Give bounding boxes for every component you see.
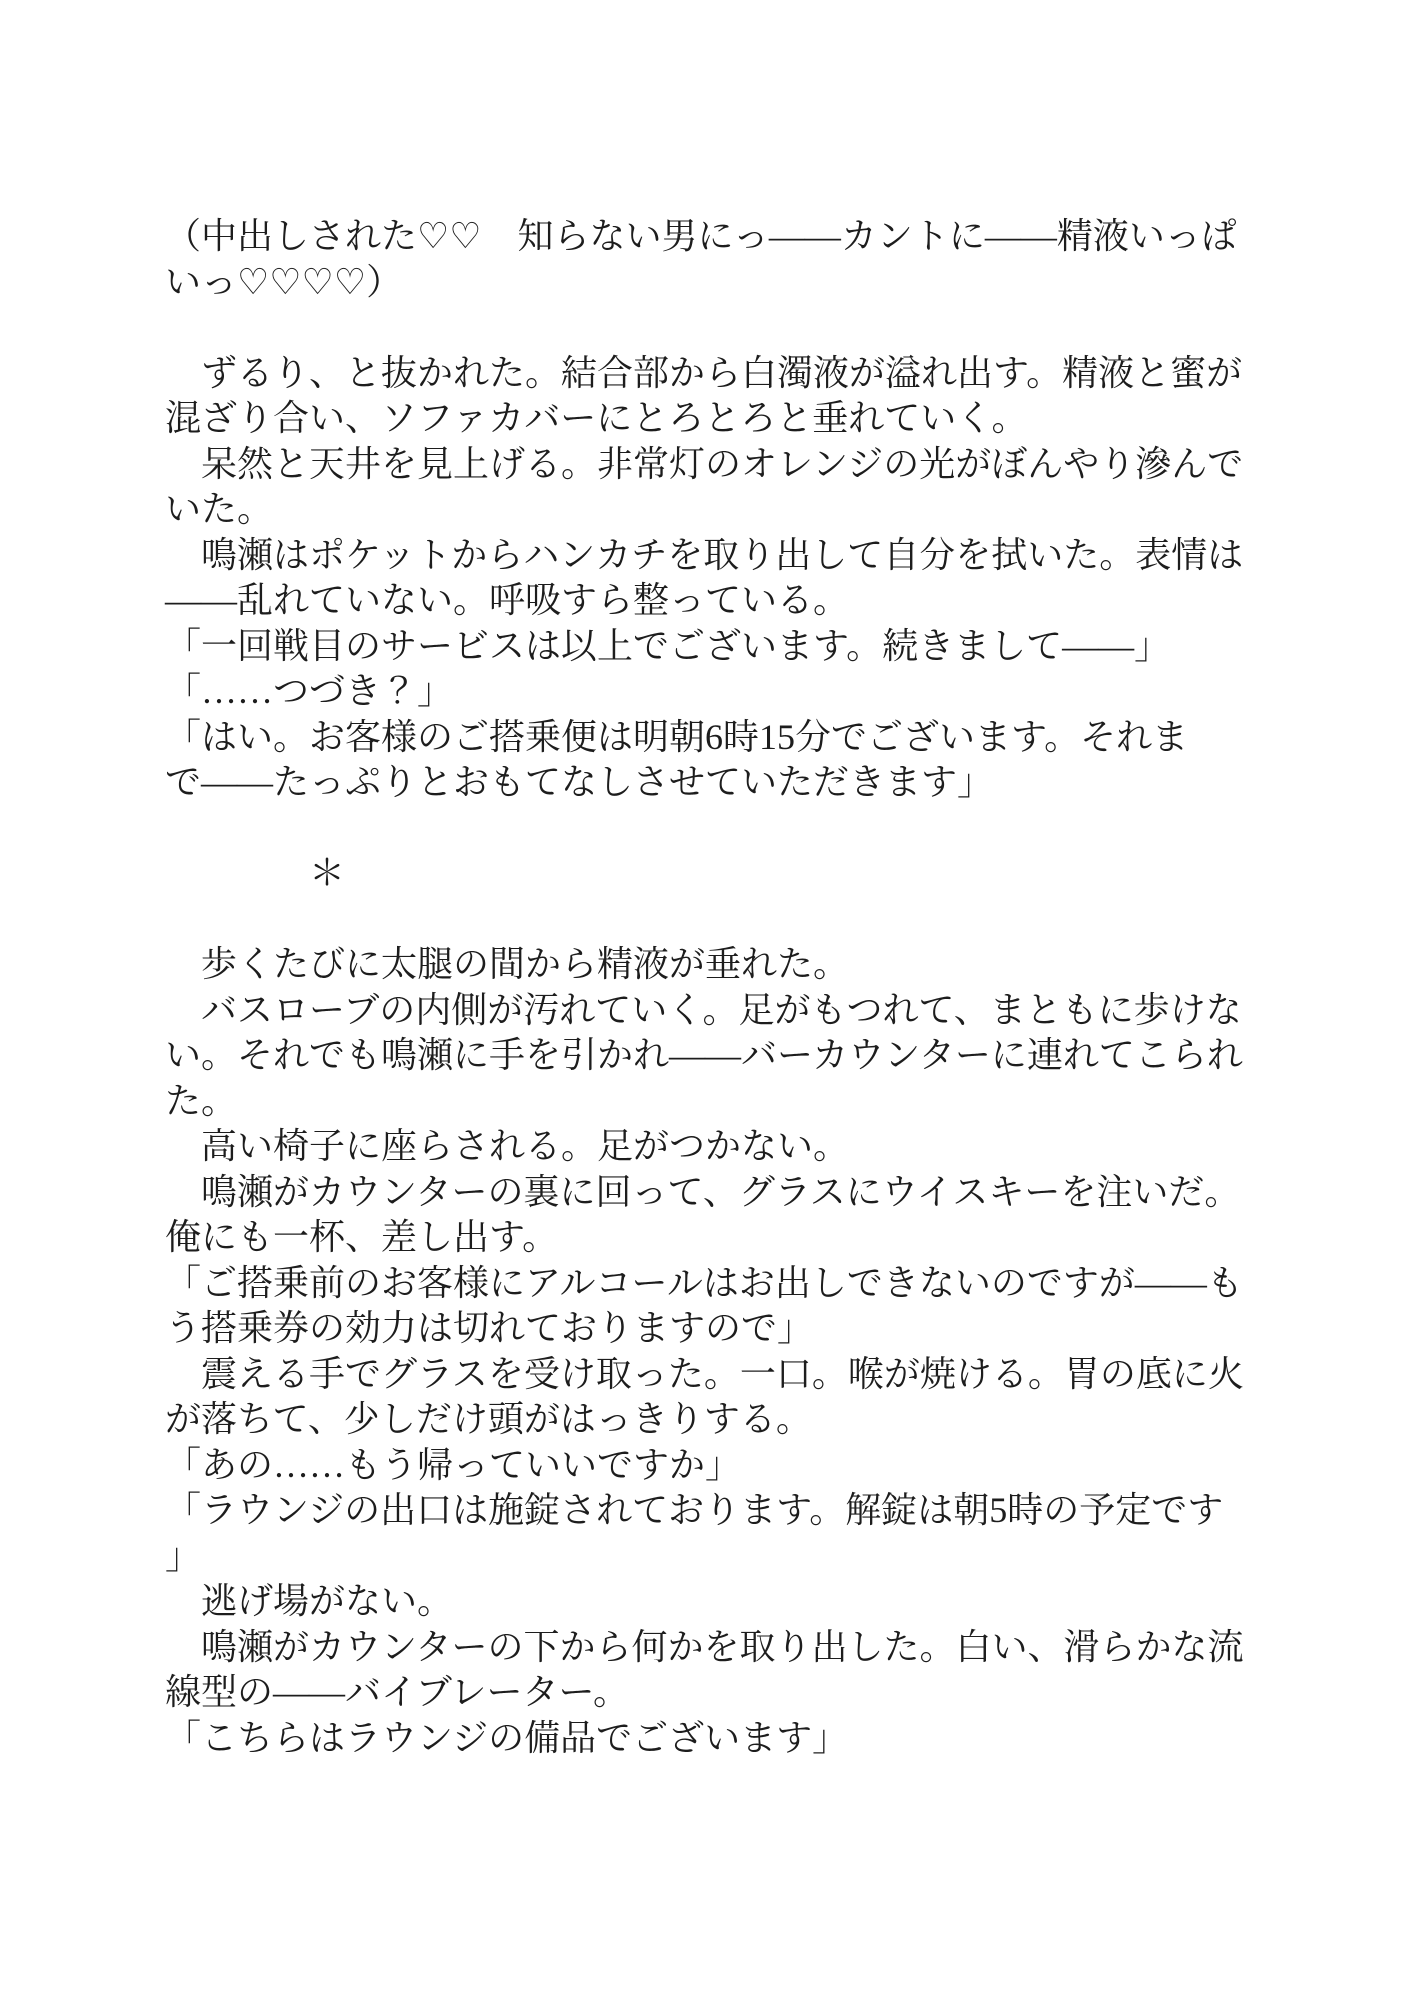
text-line: で——たっぷりとおもてなしさせていただきます」 xyxy=(165,760,1255,806)
text-line: 俺にも一杯、差し出す。 xyxy=(165,1215,1255,1261)
text-line: う搭乗券の効力は切れておりますので」 xyxy=(165,1306,1255,1352)
blank-line xyxy=(165,897,1255,943)
text-line: 鳴瀬がカウンターの下から何かを取り出した。白い、滑らかな流 xyxy=(165,1625,1255,1671)
text-line: 線型の——バイブレーター。 xyxy=(165,1670,1255,1716)
text-line: た。 xyxy=(165,1079,1255,1125)
text-line: 「……つづき？」 xyxy=(165,669,1255,715)
blank-line xyxy=(165,305,1255,351)
text-line: ずるり、と抜かれた。結合部から白濁液が溢れ出す。精液と蜜が xyxy=(165,351,1255,397)
text-line: 「ご搭乗前のお客様にアルコールはお出しできないのですが——も xyxy=(165,1261,1255,1307)
section-separator: ＊ xyxy=(165,851,1255,897)
text-line: 呆然と天井を見上げる。非常灯のオレンジの光がぼんやり滲んで xyxy=(165,442,1255,488)
text-line: い。それでも鳴瀬に手を引かれ——バーカウンターに連れてこられ xyxy=(165,1033,1255,1079)
text-line: 「一回戦目のサービスは以上でございます。続きまして——」 xyxy=(165,624,1255,670)
text-line: 鳴瀬がカウンターの裏に回って、グラスにウイスキーを注いだ。 xyxy=(165,1170,1255,1216)
blank-line xyxy=(165,806,1255,852)
text-line: が落ちて、少しだけ頭がはっきりする。 xyxy=(165,1397,1255,1443)
text-line: 逃げ場がない。 xyxy=(165,1579,1255,1625)
text-line: バスローブの内側が汚れていく。足がもつれて、まともに歩けな xyxy=(165,988,1255,1034)
text-line: （中出しされた♡♡ 知らない男にっ——カントに——精液いっぱ xyxy=(165,214,1255,260)
text-line: 混ざり合い、ソファカバーにとろとろと垂れていく。 xyxy=(165,396,1255,442)
document-page: （中出しされた♡♡ 知らない男にっ——カントに——精液いっぱいっ♡♡♡♡） ずる… xyxy=(0,0,1415,2000)
text-line: 「ラウンジの出口は施錠されております。解錠は朝5時の予定です xyxy=(165,1488,1255,1534)
text-line: 鳴瀬はポケットからハンカチを取り出して自分を拭いた。表情は xyxy=(165,533,1255,579)
text-line: 」 xyxy=(165,1534,1255,1580)
text-line: いた。 xyxy=(165,487,1255,533)
text-line: 震える手でグラスを受け取った。一口。喉が焼ける。胃の底に火 xyxy=(165,1352,1255,1398)
text-line: 高い椅子に座らされる。足がつかない。 xyxy=(165,1124,1255,1170)
text-line: いっ♡♡♡♡） xyxy=(165,260,1255,306)
text-line: ——乱れていない。呼吸すら整っている。 xyxy=(165,578,1255,624)
document-body: （中出しされた♡♡ 知らない男にっ——カントに——精液いっぱいっ♡♡♡♡） ずる… xyxy=(165,214,1255,1761)
text-line: 「はい。お客様のご搭乗便は明朝6時15分でございます。それま xyxy=(165,715,1255,761)
text-line: 「あの……もう帰っていいですか」 xyxy=(165,1443,1255,1489)
text-line: 歩くたびに太腿の間から精液が垂れた。 xyxy=(165,942,1255,988)
text-line: 「こちらはラウンジの備品でございます」 xyxy=(165,1716,1255,1762)
